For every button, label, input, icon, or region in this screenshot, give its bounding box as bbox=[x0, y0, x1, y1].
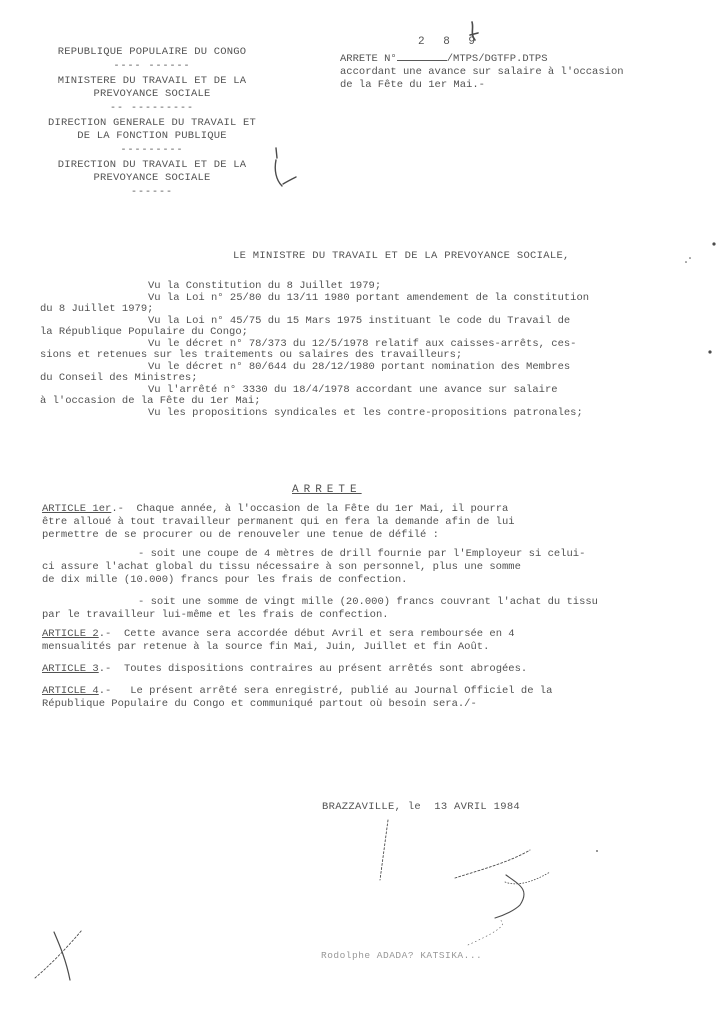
initial-mark bbox=[35, 930, 82, 978]
minister-heading: LE MINISTRE DU TRAVAIL ET DE LA PREVOYAN… bbox=[233, 250, 570, 262]
handwritten-reference-number: 2 8 9 bbox=[418, 36, 481, 48]
article-label: ARTICLE 1er bbox=[42, 503, 111, 515]
initial-mark bbox=[54, 932, 70, 980]
decree-number-blank bbox=[397, 50, 447, 61]
ministry-name-line1: MINISTERE DU TRAVAIL ET DE LA bbox=[22, 75, 282, 88]
signature-stroke bbox=[380, 820, 388, 880]
article-text: mensualités par retenue à la source fin … bbox=[42, 641, 712, 654]
article-2: ARTICLE 2.- Cette avance sera accordée d… bbox=[42, 628, 712, 641]
visa-line: du Conseil des Ministres; bbox=[40, 373, 710, 385]
article-text: Toutes dispositions contraires au présen… bbox=[124, 663, 527, 675]
signature-stroke bbox=[505, 872, 550, 884]
article-label: ARTICLE 4 bbox=[42, 685, 99, 697]
separator: -- --------- bbox=[22, 102, 282, 115]
decree-subject-line1: accordant une avance sur salaire à l'occ… bbox=[340, 66, 720, 79]
option-text: par le travailleur lui-même et les frais… bbox=[42, 609, 712, 622]
place-and-date: BRAZZAVILLE, le 13 AVRIL 1984 bbox=[322, 801, 520, 813]
article-text: Chaque année, à l'occasion de la Fête du… bbox=[137, 503, 509, 515]
direction-line1: DIRECTION DU TRAVAIL ET DE LA bbox=[22, 159, 282, 172]
ministry-name-line2: PREVOYANCE SOCIALE bbox=[22, 88, 282, 101]
visa-line: du 8 Juillet 1979; bbox=[40, 304, 710, 316]
article-text: République Populaire du Congo et communi… bbox=[42, 698, 712, 711]
direction-generale-line1: DIRECTION GENERALE DU TRAVAIL ET bbox=[22, 117, 282, 130]
visa-line-text: Vu le décret n° 78/373 du 12/5/1978 rela… bbox=[148, 338, 576, 350]
separator: ------ bbox=[22, 186, 282, 199]
decree-number-line: ARRETE N°/MTPS/DGTFP.DTPS bbox=[340, 50, 720, 66]
ink-dot bbox=[689, 257, 691, 259]
signature-stroke bbox=[495, 875, 524, 918]
option-text: de dix mille (10.000) francs pour les fr… bbox=[42, 574, 712, 587]
direction-line2: PREVOYANCE SOCIALE bbox=[22, 172, 282, 185]
separator: ---- ------ bbox=[22, 60, 282, 73]
article-text: permettre de se procurer ou de renouvele… bbox=[42, 529, 712, 542]
option-text: ci assure l'achat global du tissu nécess… bbox=[42, 561, 712, 574]
visa-line: à l'occasion de la Fête du 1er Mai; bbox=[40, 396, 710, 408]
article-label: ARTICLE 3 bbox=[42, 663, 99, 675]
decree-reference-block: ARRETE N°/MTPS/DGTFP.DTPS accordant une … bbox=[340, 50, 720, 92]
handwritten-stroke bbox=[468, 920, 503, 945]
article-text: Cette avance sera accordée début Avril e… bbox=[124, 628, 515, 640]
ink-dot bbox=[685, 261, 687, 263]
ink-dot bbox=[712, 242, 715, 245]
article-3: ARTICLE 3.- Toutes dispositions contrair… bbox=[42, 663, 712, 676]
article-label: ARTICLE 2 bbox=[42, 628, 99, 640]
signature-stroke bbox=[455, 850, 530, 878]
visa-line: sions et retenues sur les traitements ou… bbox=[40, 350, 710, 362]
place: BRAZZAVILLE, le bbox=[322, 801, 421, 813]
article-1: ARTICLE 1er.- Chaque année, à l'occasion… bbox=[42, 503, 712, 516]
visa-line: Vu la Constitution du 8 Juillet 1979; bbox=[40, 281, 710, 293]
article-text: Le présent arrêté sera enregistré, publi… bbox=[130, 685, 552, 697]
visas-section: Vu la Constitution du 8 Juillet 1979; Vu… bbox=[40, 281, 710, 419]
option-text: - soit une somme de vingt mille (20.000)… bbox=[42, 596, 712, 609]
republic-name: REPUBLIQUE POPULAIRE DU CONGO bbox=[22, 46, 282, 59]
date: 13 AVRIL 1984 bbox=[434, 801, 520, 813]
direction-generale-line2: DE LA FONCTION PUBLIQUE bbox=[22, 130, 282, 143]
decree-heading: ARRETE bbox=[292, 484, 362, 496]
ink-dot bbox=[596, 850, 598, 852]
decree-subject-line2: de la Fête du 1er Mai.- bbox=[340, 79, 720, 92]
issuing-authority-block: REPUBLIQUE POPULAIRE DU CONGO ---- -----… bbox=[22, 46, 282, 201]
decree-prefix: ARRETE N° bbox=[340, 53, 397, 65]
visa-line: Vu les propositions syndicales et les co… bbox=[40, 408, 710, 420]
article-4: ARTICLE 4.- Le présent arrêté sera enreg… bbox=[42, 685, 712, 698]
articles-section: ARTICLE 1er.- Chaque année, à l'occasion… bbox=[42, 503, 712, 711]
document-page: REPUBLIQUE POPULAIRE DU CONGO ---- -----… bbox=[0, 0, 725, 1024]
article-text: être alloué à tout travailleur permanent… bbox=[42, 516, 712, 529]
separator: --------- bbox=[22, 144, 282, 157]
decree-suffix: /MTPS/DGTFP.DTPS bbox=[447, 53, 548, 65]
signatory-name: Rodolphe ADADA? KATSIKA... bbox=[321, 950, 482, 961]
option-text: - soit une coupe de 4 mètres de drill fo… bbox=[42, 548, 712, 561]
